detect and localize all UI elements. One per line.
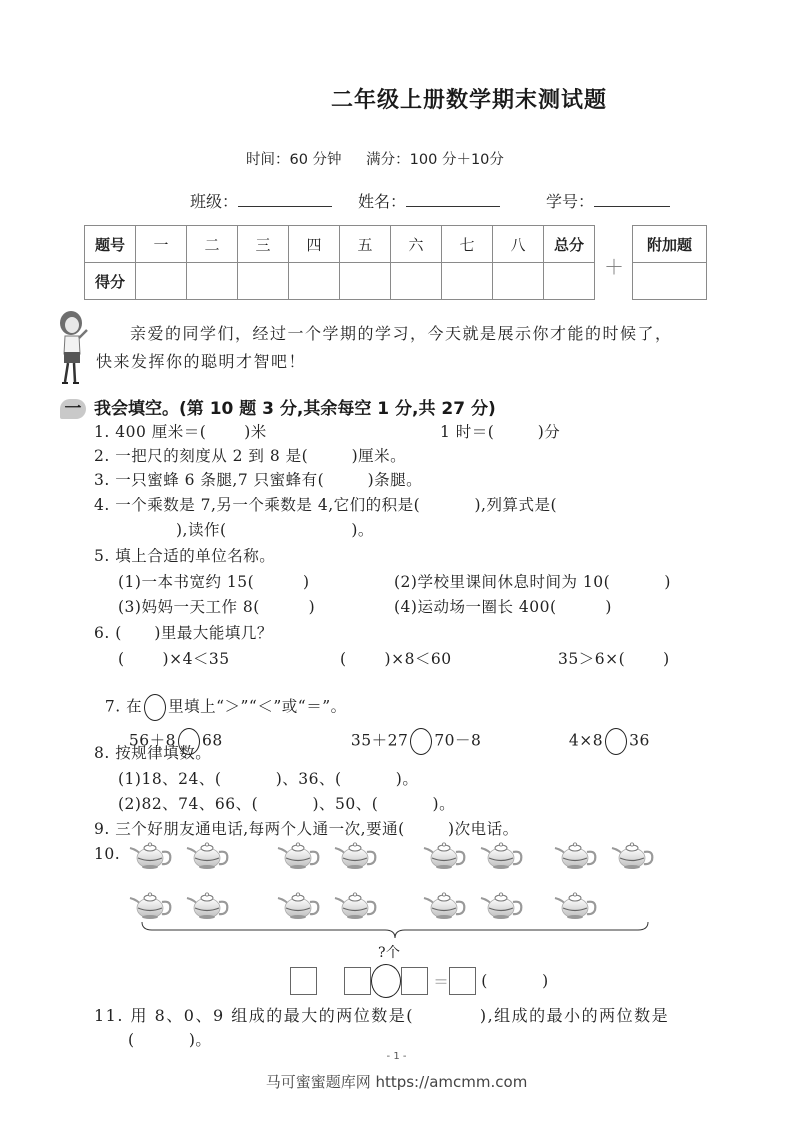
- score-table-header-row: 题号 一 二 三 四 五 六 七 八 总分: [85, 226, 595, 263]
- question-9: 9. 三个好朋友通电话,每两个人通一次,要通( )次电话。: [94, 817, 519, 839]
- score-table: 题号 一 二 三 四 五 六 七 八 总分 得分: [84, 225, 595, 300]
- score-table-score-row: 得分: [85, 263, 595, 300]
- curly-brace-icon: [140, 920, 650, 940]
- question-8-2: (2)82、74、66、( )、50、( )。: [118, 792, 455, 814]
- class-field[interactable]: 班级：: [190, 189, 332, 212]
- question-11-line-1: 11. 用 8、0、9 组成的最大的两位数是( ),组成的最小的两位数是: [94, 1003, 669, 1026]
- col-5: 五: [340, 226, 391, 263]
- equals-sign: ＝: [433, 973, 449, 991]
- brace-label: ?个: [378, 942, 401, 962]
- teapot-icon: [128, 888, 176, 922]
- score-cell-6[interactable]: [391, 263, 442, 300]
- intro-paragraph: 亲爱的同学们，经过一个学期的学习，今天就是展示你才能的时候了， 快来发挥你的聪明…: [96, 320, 736, 376]
- teapot-icon: [276, 888, 324, 922]
- q7-3-right: 36: [629, 732, 650, 750]
- question-8: 8. 按规律填数。: [94, 741, 211, 763]
- plus-sign: ＋: [604, 251, 624, 280]
- answer-box-2[interactable]: [344, 967, 371, 995]
- score-cell-5[interactable]: [340, 263, 391, 300]
- col-total: 总分: [544, 226, 595, 263]
- question-1a: 1. 400 厘米＝( )米: [94, 420, 267, 442]
- question-8-1: (1)18、24、( )、36、( )。: [118, 767, 418, 789]
- question-5-2: (2)学校里课间休息时间为 10( ): [394, 570, 671, 592]
- score-cell-7[interactable]: [442, 263, 493, 300]
- teapot-icon: [553, 838, 601, 872]
- teapot-icon: [185, 838, 233, 872]
- score-label: 得分: [85, 263, 136, 300]
- question-5-3: (3)妈妈一天工作 8( ): [118, 595, 315, 617]
- question-7-2: 35＋2770－8: [340, 710, 481, 755]
- section-badge: 一: [60, 399, 86, 419]
- name-field[interactable]: 姓名：: [358, 189, 500, 212]
- exam-meta: 时间：60 分钟 满分：100 分＋10分: [246, 148, 510, 169]
- girl-illustration-icon: [56, 310, 92, 386]
- section-1-title: 我会填空。(第 10 题 3 分,其余每空 1 分,共 27 分): [94, 399, 496, 419]
- teapot-icon: [422, 838, 470, 872]
- question-number-label: 题号: [85, 226, 136, 263]
- time-limit: 时间：60 分钟: [246, 152, 342, 168]
- col-8: 八: [493, 226, 544, 263]
- teapot-icon: [128, 838, 176, 872]
- score-cell-2[interactable]: [187, 263, 238, 300]
- teapot-icon: [553, 888, 601, 922]
- question-4-line-2: ),读作( )。: [176, 518, 374, 540]
- score-cell-3[interactable]: [238, 263, 289, 300]
- unit-paren: ( ): [481, 972, 548, 990]
- question-6-2: ( )×8＜60: [340, 647, 452, 669]
- teapot-icon: [185, 888, 233, 922]
- intro-line-2: 快来发挥你的聪明才智吧！: [96, 348, 736, 376]
- teapot-icon: [479, 838, 527, 872]
- score-cell-8[interactable]: [493, 263, 544, 300]
- question-5: 5. 填上合适的单位名称。: [94, 544, 275, 566]
- question-5-1: (1)一本书宽约 15( ): [118, 570, 310, 592]
- id-blank[interactable]: [594, 192, 670, 207]
- question-3: 3. 一只蜜蜂 6 条腿,7 只蜜蜂有( )条腿。: [94, 468, 422, 490]
- equation-row: ＝ ( ): [290, 964, 549, 998]
- col-6: 六: [391, 226, 442, 263]
- name-blank[interactable]: [406, 192, 500, 207]
- teapot-icon: [333, 838, 381, 872]
- section-1-heading: 一我会填空。(第 10 题 3 分,其余每空 1 分,共 27 分): [60, 394, 496, 419]
- question-6-3: 35＞6×( ): [558, 647, 670, 669]
- bonus-score-cell[interactable]: [633, 263, 707, 300]
- question-2: 2. 一把尺的刻度从 2 到 8 是( )厘米。: [94, 444, 406, 466]
- score-cell-1[interactable]: [136, 263, 187, 300]
- answer-box-4[interactable]: [449, 967, 476, 995]
- q7-2-left: 35＋27: [351, 732, 408, 750]
- answer-box-3[interactable]: [401, 967, 428, 995]
- full-score: 满分：100 分＋10分: [366, 152, 504, 168]
- score-cell-4[interactable]: [289, 263, 340, 300]
- col-1: 一: [136, 226, 187, 263]
- question-5-4: (4)运动场一圈长 400( ): [394, 595, 612, 617]
- class-blank[interactable]: [238, 192, 332, 207]
- compare-circle-3[interactable]: [605, 728, 627, 755]
- operator-circle[interactable]: [371, 964, 401, 998]
- question-4-line-1: 4. 一个乘数是 7,另一个乘数是 4,它们的积是( ),列算式是(: [94, 493, 557, 515]
- id-label: 学号：: [546, 192, 594, 211]
- question-7-3: 4×836: [558, 710, 650, 755]
- footer-watermark: 马可蜜蜜题库网 https://amcmm.com: [0, 1071, 793, 1092]
- teapot-icon: [276, 838, 324, 872]
- intro-line-1: 亲爱的同学们，经过一个学期的学习，今天就是展示你才能的时候了，: [96, 320, 736, 348]
- question-6-1: ( )×4＜35: [118, 647, 230, 669]
- col-3: 三: [238, 226, 289, 263]
- score-cell-total[interactable]: [544, 263, 595, 300]
- compare-circle-2[interactable]: [410, 728, 432, 755]
- col-4: 四: [289, 226, 340, 263]
- bonus-table: 附加题: [632, 225, 707, 300]
- q7-3-left: 4×8: [569, 732, 603, 750]
- page-number: - 1 -: [0, 1051, 793, 1062]
- teapot-icon: [333, 888, 381, 922]
- question-6: 6. ( )里最大能填几？: [94, 621, 273, 643]
- teapot-icon: [422, 888, 470, 922]
- question-11-line-2: ( )。: [128, 1028, 211, 1050]
- question-10-label: 10.: [94, 845, 120, 863]
- page-title: 二年级上册数学期末测试题: [0, 83, 793, 114]
- answer-box-1[interactable]: [290, 967, 317, 995]
- col-7: 七: [442, 226, 493, 263]
- bonus-label: 附加题: [633, 226, 707, 263]
- col-2: 二: [187, 226, 238, 263]
- name-label: 姓名：: [358, 192, 406, 211]
- student-id-field[interactable]: 学号：: [546, 189, 670, 212]
- question-1b: 1 时＝( )分: [440, 420, 560, 442]
- q7-2-right: 70－8: [434, 732, 481, 750]
- class-label: 班级：: [190, 192, 238, 211]
- teapot-icon: [479, 888, 527, 922]
- teapot-icon: [610, 838, 658, 872]
